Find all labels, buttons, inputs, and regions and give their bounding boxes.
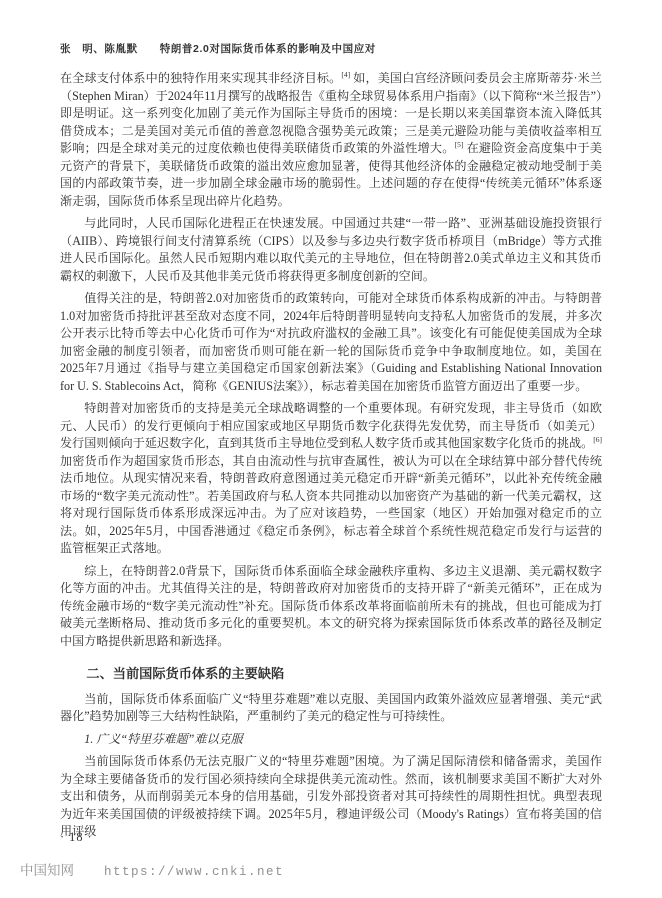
text-run: 当前国际货币体系仍无法克服广义的“特里芬难题”困境。为了满足国际清偿和储备需求，… [60,754,602,838]
paragraph: 特朗普对加密货币的支持是美元全球战略调整的一个重要体现。有研究发现，非主导货币（… [60,400,602,558]
paragraph: 当前，国际货币体系面临广义“特里芬难题”难以克服、美国国内政策外溢效应显著增强、… [60,691,602,726]
running-head-authors: 张 明、陈胤默 [60,43,138,55]
text-run: 加密货币作为超国家货币形态，其自由流动性与抗审查属性，被认为可以在全球结算中部分… [60,454,602,556]
running-head-title: 特朗普2.0对国际货币体系的影响及中国应对 [160,43,376,55]
footnote-ref: [4] [341,70,350,79]
paper-page: 张 明、陈胤默特朗普2.0对国际货币体系的影响及中国应对 在全球支付体系中的独特… [0,0,662,898]
paragraph: 综上，在特朗普2.0背景下，国际货币体系面临全球金融秩序重构、多边主义退潮、美元… [60,563,602,651]
text-run: 综上，在特朗普2.0背景下，国际货币体系面临全球金融秩序重构、多边主义退潮、美元… [60,564,602,648]
page-number: · 18 · [60,830,93,845]
section-heading: 二、当前国际货币体系的主要缺陷 [60,665,602,683]
footnote-ref: [6] [593,435,602,444]
text-run: 在全球支付体系中的独特作用来实现其非经济目标。 [60,71,341,85]
paragraph: 在全球支付体系中的独特作用来实现其非经济目标。[4] 如，美国白宫经济顾问委员会… [60,70,602,210]
watermark-url: https://www.cnki.net [104,865,284,879]
paragraph: 值得关注的是，特朗普2.0对加密货币的政策转向，可能对全球货币体系构成新的冲击。… [60,290,602,395]
paragraph: 与此同时，人民币国际化进程正在快速发展。中国通过共建“一带一路”、亚洲基础设施投… [60,215,602,285]
article-body: 在全球支付体系中的独特作用来实现其非经济目标。[4] 如，美国白宫经济顾问委员会… [60,70,602,846]
subsection-heading: 1. 广义“特里芬难题”难以克服 [60,731,602,749]
text-run: 值得关注的是，特朗普2.0对加密货币的政策转向，可能对全球货币体系构成新的冲击。… [60,291,602,393]
text-run: 与此同时，人民币国际化进程正在快速发展。中国通过共建“一带一路”、亚洲基础设施投… [60,216,602,283]
text-run: 当前，国际货币体系面临广义“特里芬难题”难以克服、美国国内政策外溢效应显著增强、… [60,692,602,724]
text-run: 二、当前国际货币体系的主要缺陷 [86,666,284,681]
paragraph: 当前国际货币体系仍无法克服广义的“特里芬难题”困境。为了满足国际清偿和储备需求，… [60,753,602,841]
text-run: 特朗普对加密货币的支持是美元全球战略调整的一个重要体现。有研究发现，非主导货币（… [60,401,602,450]
text-run: 1. 广义“特里芬难题”难以克服 [84,732,243,746]
watermark-site-name: 中国知网 [20,863,74,878]
watermark: 中国知网https://www.cnki.net [20,859,284,879]
running-head: 张 明、陈胤默特朗普2.0对国际货币体系的影响及中国应对 [60,41,602,56]
